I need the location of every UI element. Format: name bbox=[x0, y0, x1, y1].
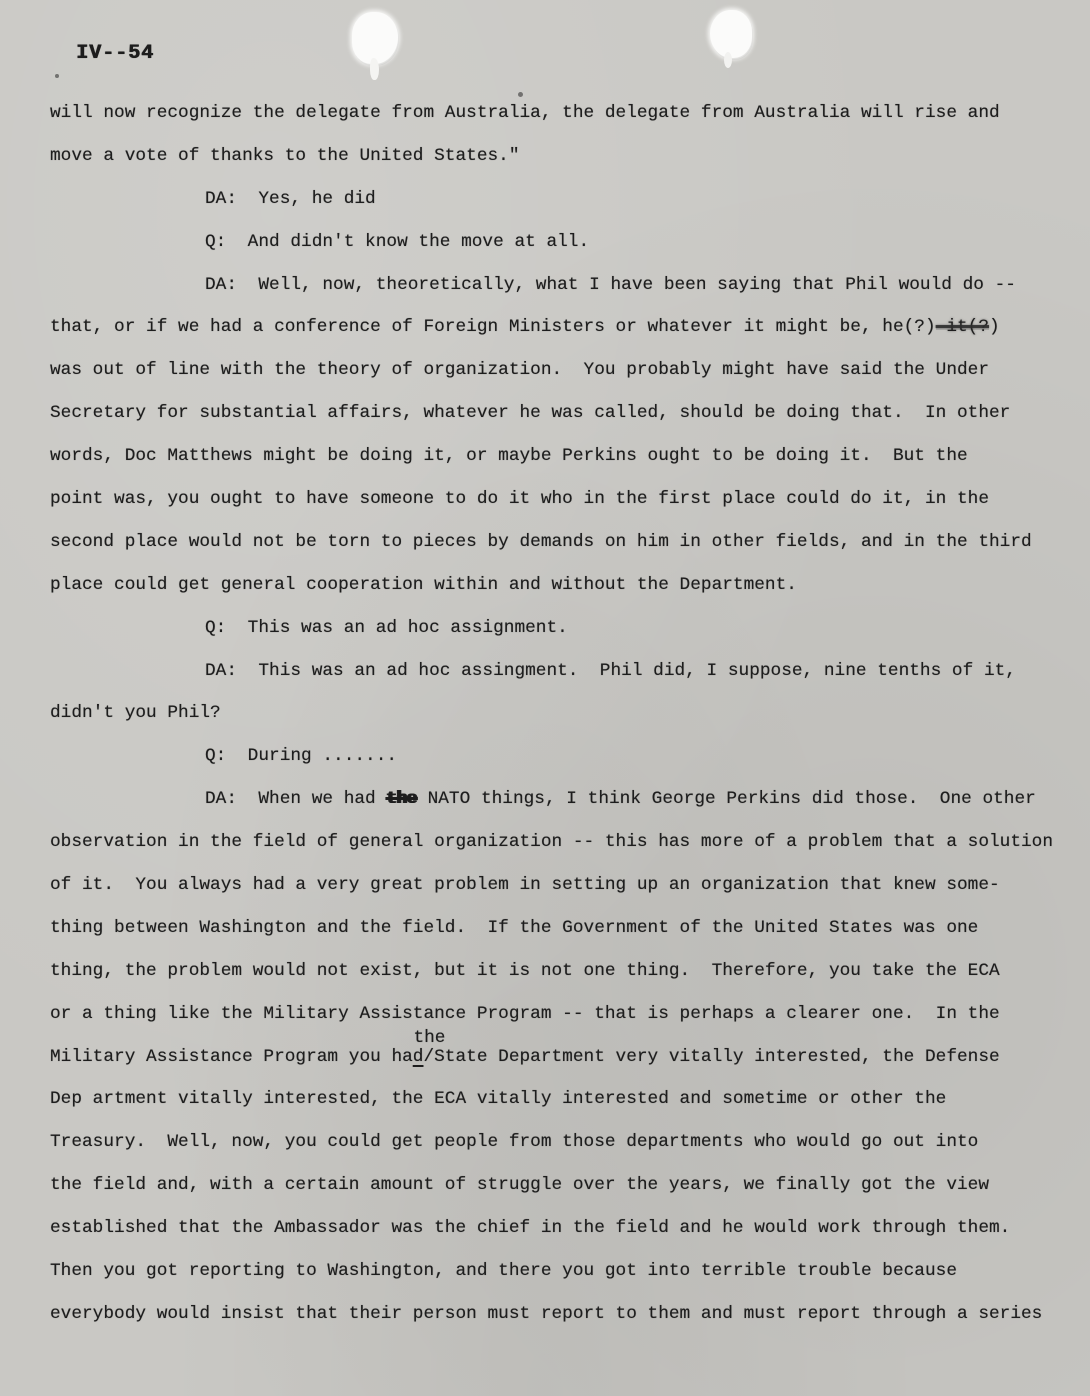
underlined-char: d bbox=[413, 1047, 424, 1067]
text-segment: ) bbox=[989, 317, 1000, 337]
text-line: or a thing like the Military Assistance … bbox=[50, 993, 1080, 1036]
text-line: was out of line with the theory of organ… bbox=[50, 349, 1080, 392]
text-line: move a vote of thanks to the United Stat… bbox=[50, 135, 1080, 178]
punch-hole bbox=[352, 12, 398, 64]
strikethrough-text: it(? bbox=[936, 317, 989, 337]
text-line: words, Doc Matthews might be doing it, o… bbox=[50, 435, 1080, 478]
punch-hole bbox=[710, 10, 752, 58]
text-line: will now recognize the delegate from Aus… bbox=[50, 92, 1080, 135]
text-line: Q: During ....... bbox=[50, 735, 1080, 778]
strikethrough-text: the bbox=[386, 789, 417, 809]
text-line: DA: When we had the NATO things, I think… bbox=[50, 778, 1080, 821]
text-line: point was, you ought to have someone to … bbox=[50, 478, 1080, 521]
text-line: DA: Well, now, theoretically, what I hav… bbox=[50, 264, 1080, 307]
text-line: Military Assistance Program you hadthe/S… bbox=[50, 1036, 1080, 1079]
text-line: Q: And didn't know the move at all. bbox=[50, 221, 1080, 264]
page-number: IV--54 bbox=[76, 42, 154, 65]
text-segment: that, or if we had a conference of Forei… bbox=[50, 317, 936, 337]
transcript-body: will now recognize the delegate from Aus… bbox=[50, 92, 1080, 1336]
text-segment: NATO things, I think George Perkins did … bbox=[417, 789, 1036, 809]
inserted-word: the bbox=[413, 1029, 445, 1047]
text-line: thing, the problem would not exist, but … bbox=[50, 950, 1080, 993]
text-line: place could get general cooperation with… bbox=[50, 564, 1080, 607]
text-segment: /State Department very vitally intereste… bbox=[423, 1047, 999, 1067]
text-line: observation in the field of general orga… bbox=[50, 821, 1080, 864]
text-line: of it. You always had a very great probl… bbox=[50, 864, 1080, 907]
text-line: thing between Washington and the field. … bbox=[50, 907, 1080, 950]
text-segment: Military Assistance Program you ha bbox=[50, 1047, 413, 1067]
text-line: didn't you Phil? bbox=[50, 692, 1080, 735]
scanned-document-page: IV--54 will now recognize the delegate f… bbox=[0, 0, 1090, 1396]
text-line: Secretary for substantial affairs, whate… bbox=[50, 392, 1080, 435]
text-line: Then you got reporting to Washington, an… bbox=[50, 1250, 1080, 1293]
text-line: established that the Ambassador was the … bbox=[50, 1207, 1080, 1250]
text-line: DA: This was an ad hoc assingment. Phil … bbox=[50, 650, 1080, 693]
text-line: DA: Yes, he did bbox=[50, 178, 1080, 221]
text-line: the field and, with a certain amount of … bbox=[50, 1164, 1080, 1207]
text-segment: DA: When we had bbox=[205, 789, 386, 809]
text-line: everybody would insist that their person… bbox=[50, 1293, 1080, 1336]
text-line: Q: This was an ad hoc assignment. bbox=[50, 607, 1080, 650]
text-line: Dep artment vitally interested, the ECA … bbox=[50, 1078, 1080, 1121]
paper-speck bbox=[55, 74, 59, 78]
text-line: second place would not be torn to pieces… bbox=[50, 521, 1080, 564]
text-line: that, or if we had a conference of Forei… bbox=[50, 306, 1080, 349]
text-line: Treasury. Well, now, you could get peopl… bbox=[50, 1121, 1080, 1164]
